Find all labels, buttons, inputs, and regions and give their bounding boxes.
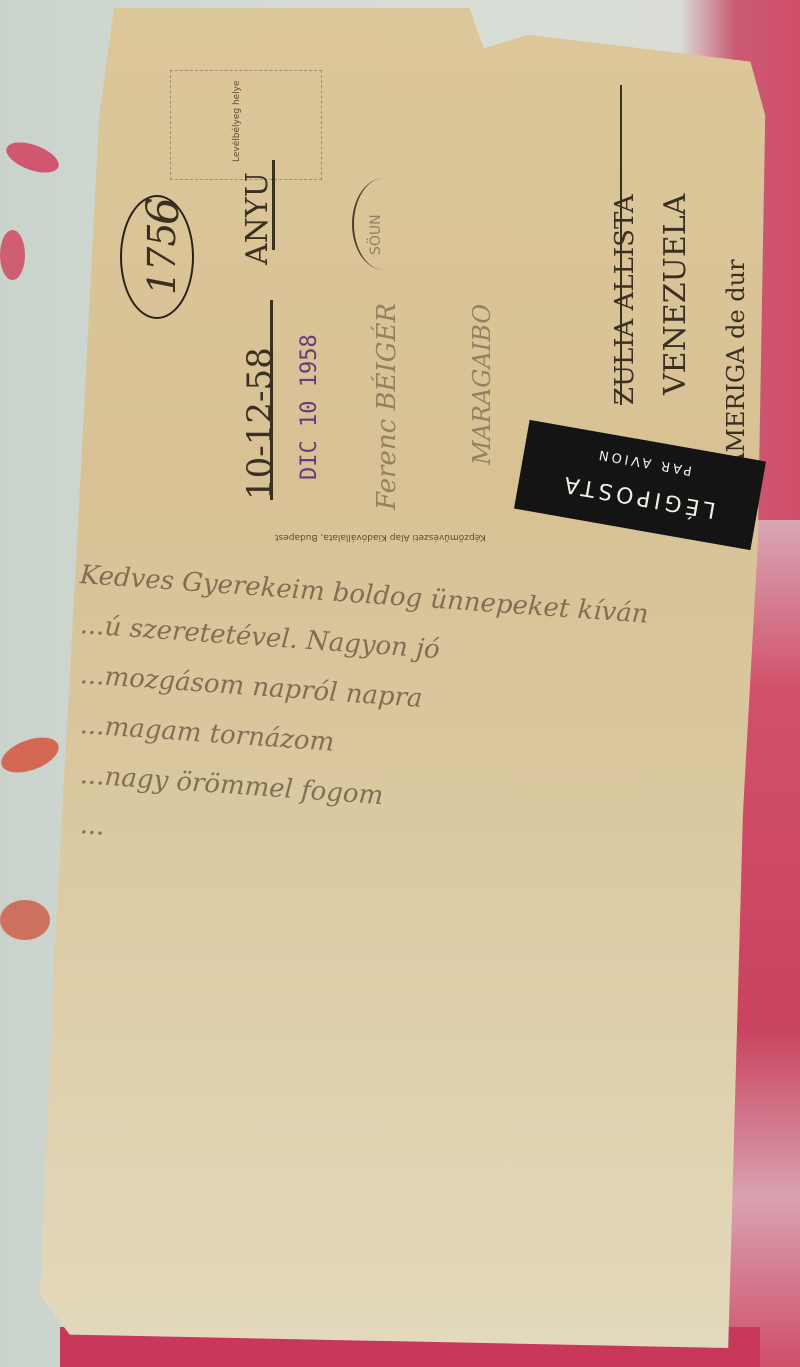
postmark-fragment: SÖUN	[368, 214, 384, 255]
number-suffix: 6	[138, 197, 189, 225]
recipient-name: Ferenc BÉIGÉR	[372, 303, 402, 510]
cloth-petal	[0, 900, 50, 940]
address-line-2: VENEZUELA	[658, 194, 693, 395]
address-line-3: AMERIGA de dur	[722, 259, 750, 470]
cloth-petal	[2, 136, 62, 178]
handwritten-date: 10-12-58	[240, 347, 280, 500]
stamp-box	[170, 70, 322, 180]
underline	[270, 300, 273, 500]
underline	[620, 85, 622, 405]
sender-label: ANYU	[240, 172, 275, 265]
recipient-city: MARAGAIBO	[468, 304, 496, 465]
address-line-1: ZULIA ALLISTA	[610, 194, 640, 405]
body-text-line: ...	[79, 810, 106, 842]
circled-number-text: 175	[140, 222, 184, 295]
underline	[272, 160, 275, 250]
stamp-box-label: Levélbélyeg helye	[232, 80, 242, 162]
cloth-petal	[0, 230, 25, 280]
postmark-arc	[352, 178, 416, 270]
printer-imprint: Képzőművészeti Alap Kiadóvállalata, Buda…	[275, 532, 486, 542]
postmark-date: DIC 10 1958	[297, 334, 322, 480]
cloth-petal	[0, 731, 63, 780]
